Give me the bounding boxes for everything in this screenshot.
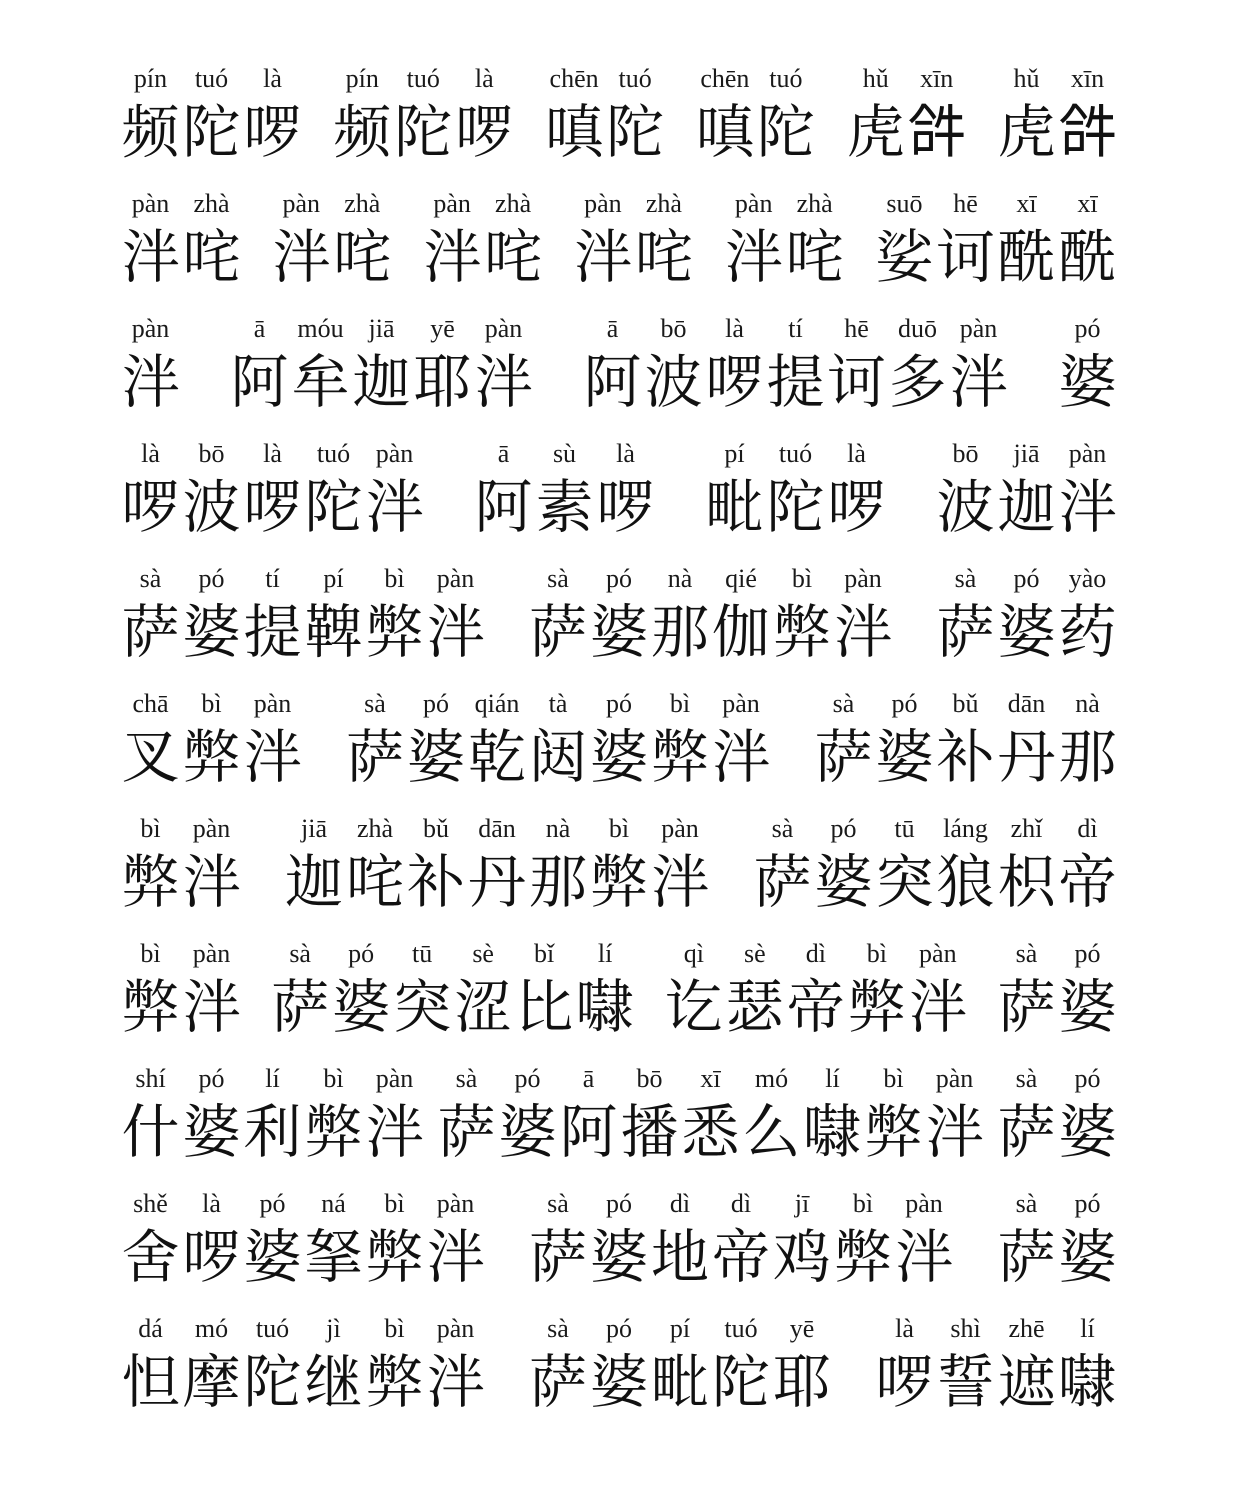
hanzi-char: 啰 [596, 469, 654, 552]
hanzi-char: 弊 [182, 719, 240, 802]
char-unit: bō播 [619, 1052, 680, 1177]
hanzi-char: 弊 [121, 969, 179, 1052]
char-unit: pín频 [332, 52, 393, 177]
char-unit: hē诃 [935, 177, 996, 302]
char-unit: sà萨 [813, 677, 874, 802]
phrase-group: bì弊pàn泮 [120, 802, 242, 927]
hanzi-char: 婆 [590, 594, 648, 677]
char-unit: pó婆 [331, 927, 392, 1052]
phrase-group: sà萨pó婆tū突sè涩bǐ比lí㘑 [270, 927, 636, 1052]
char-unit: pó婆 [181, 1052, 242, 1177]
pinyin-annotation: xī [1016, 177, 1036, 219]
hanzi-char: 啰 [455, 94, 513, 177]
hanzi-char: 帝 [712, 1219, 770, 1302]
pinyin-annotation: pó [1075, 1177, 1101, 1219]
pinyin-annotation: nà [668, 552, 693, 594]
hanzi-char: 陀 [182, 94, 240, 177]
hanzi-char: 泮 [365, 469, 423, 552]
pinyin-annotation: dì [1077, 802, 1097, 844]
pinyin-annotation: sà [1016, 1177, 1038, 1219]
hanzi-char: 嗔 [696, 94, 754, 177]
hanzi-char: 闼 [529, 719, 587, 802]
pinyin-annotation: sà [1016, 1052, 1038, 1094]
hanzi-char: 药 [1058, 594, 1116, 677]
hanzi-char: 弊 [848, 969, 906, 1052]
phrase-group: ā阿bō波là啰tí提hē诃duō多pàn泮 [582, 302, 1009, 427]
phrase-group: sà萨pó婆yào药 [935, 552, 1118, 677]
hanzi-char: 萨 [997, 1219, 1055, 1302]
hanzi-char: 讫 [665, 969, 723, 1052]
phrase-group: pàn泮zhà咤 [120, 177, 242, 302]
char-unit: jì继 [303, 1302, 364, 1427]
hanzi-char: 泮 [423, 219, 481, 302]
phrase-group: sà萨pó婆 [996, 1177, 1118, 1302]
phrase-group: suō娑hē诃xī酰xī酰 [874, 177, 1118, 302]
hanzi-char: 啰 [121, 469, 179, 552]
hanzi-char: 萨 [753, 844, 811, 927]
pinyin-annotation: xīn [1071, 52, 1104, 94]
hanzi-char: 弊 [864, 1094, 922, 1177]
char-unit: tí提 [765, 302, 826, 427]
char-unit: tí提 [242, 552, 303, 677]
text-row-11: dá怛mó摩tuó陀jì继bì弊pàn泮sà萨pó婆pí毗tuó陀yē耶là啰s… [120, 1302, 1118, 1427]
pinyin-annotation: ā [498, 427, 510, 469]
char-unit: dì帝 [1057, 802, 1118, 927]
pinyin-annotation: pàn [905, 1177, 943, 1219]
pinyin-annotation: pàn [735, 177, 773, 219]
pinyin-annotation: hǔ [1013, 52, 1039, 94]
pinyin-annotation: là [895, 1302, 914, 1344]
hanzi-char: 㘑 [576, 969, 634, 1052]
pinyin-annotation: bì [670, 677, 690, 719]
hanzi-char: 嗔 [545, 94, 603, 177]
hanzi-char: 那 [651, 594, 709, 677]
phrase-group: hǔ虎xīn𤙖 [996, 52, 1118, 177]
pinyin-annotation: bì [384, 1177, 404, 1219]
phrase-group: pàn泮zhà咤 [422, 177, 544, 302]
pinyin-annotation: pàn [844, 552, 882, 594]
pinyin-annotation: xī [1077, 177, 1097, 219]
char-unit: pàn泮 [120, 177, 181, 302]
char-unit: xīn𤙖 [1057, 52, 1118, 177]
phrase-group: shí什pó婆lí利bì弊pàn泮 [120, 1052, 425, 1177]
char-unit: pí鞞 [303, 552, 364, 677]
pinyin-annotation: mó [755, 1052, 788, 1094]
char-unit: sù素 [534, 427, 595, 552]
pinyin-annotation: là [141, 427, 160, 469]
char-unit: sà萨 [528, 552, 589, 677]
pinyin-annotation: pó [1075, 1052, 1101, 1094]
hanzi-char: 迦 [285, 844, 343, 927]
pinyin-annotation: hǔ [863, 52, 889, 94]
char-unit: là啰 [826, 427, 887, 552]
char-unit: bì弊 [120, 802, 181, 927]
pinyin-annotation: qián [475, 677, 520, 719]
hanzi-char: 泮 [725, 219, 783, 302]
char-unit: pàn泮 [425, 1302, 486, 1427]
pinyin-annotation: ā [583, 1052, 595, 1094]
pinyin-annotation: ā [607, 302, 619, 344]
char-unit: bì弊 [303, 1052, 364, 1177]
hanzi-char: 那 [529, 844, 587, 927]
phrase-group: pín频tuó陀là啰 [332, 52, 515, 177]
hanzi-char: 咤 [635, 219, 693, 302]
char-unit: yē耶 [772, 1302, 833, 1427]
hanzi-char: 萨 [936, 594, 994, 677]
pinyin-annotation: pó [1074, 927, 1100, 969]
char-unit: lí㘑 [802, 1052, 863, 1177]
char-unit: sà萨 [996, 1177, 1057, 1302]
pinyin-annotation: sà [289, 927, 311, 969]
char-unit: là啰 [704, 302, 765, 427]
hanzi-char: 阿 [230, 344, 288, 427]
char-unit: pàn泮 [907, 927, 968, 1052]
char-unit: lí利 [242, 1052, 303, 1177]
pinyin-annotation: zhē [1008, 1302, 1044, 1344]
char-unit: zhà咤 [483, 177, 544, 302]
hanzi-char: 利 [243, 1094, 301, 1177]
pinyin-annotation: nà [1075, 677, 1100, 719]
phrase-group: là啰bō波là啰tuó陀pàn泮 [120, 427, 425, 552]
text-row-10: shě舍là啰pó婆ná拏bì弊pàn泮sà萨pó婆dì地dì帝jī鸡bì弊pà… [120, 1177, 1118, 1302]
pinyin-annotation: tà [549, 677, 568, 719]
hanzi-char: 啰 [875, 1344, 933, 1427]
hanzi-char: 虎 [997, 94, 1055, 177]
phrase-group: chēn嗔tuó陀 [544, 52, 666, 177]
pinyin-annotation: tí [265, 552, 279, 594]
hanzi-char: 提 [766, 344, 824, 427]
pinyin-annotation: pó [199, 552, 225, 594]
hanzi-char: 泮 [121, 219, 179, 302]
pinyin-annotation: pàn [1069, 427, 1107, 469]
pinyin-annotation: sà [140, 552, 162, 594]
char-unit: móu牟 [290, 302, 351, 427]
pinyin-annotation: bì [883, 1052, 903, 1094]
pinyin-annotation: pàn [437, 1177, 475, 1219]
hanzi-char: 毗 [705, 469, 763, 552]
pinyin-annotation: sà [547, 1302, 569, 1344]
pinyin-annotation: jī [795, 1177, 809, 1219]
char-unit: bō波 [935, 427, 996, 552]
hanzi-char: 突 [393, 969, 451, 1052]
pinyin-annotation: lí [598, 927, 612, 969]
hanzi-char: 叉 [121, 719, 179, 802]
pinyin-annotation: pó [260, 1177, 286, 1219]
pinyin-annotation: pó [892, 677, 918, 719]
pinyin-annotation: yē [430, 302, 455, 344]
pinyin-annotation: tuó [769, 52, 802, 94]
pinyin-annotation: tuó [195, 52, 228, 94]
phrase-group: sà萨pó婆dì地dì帝jī鸡bì弊pàn泮 [528, 1177, 955, 1302]
hanzi-char: 帝 [1058, 844, 1116, 927]
pinyin-annotation: tí [788, 302, 802, 344]
text-row-8: bì弊pàn泮sà萨pó婆tū突sè涩bǐ比lí㘑qì讫sè瑟dì帝bì弊pàn… [120, 927, 1118, 1052]
pinyin-annotation: xī [700, 1052, 720, 1094]
hanzi-char: 泮 [1058, 469, 1116, 552]
hanzi-char: 陀 [606, 94, 664, 177]
hanzi-char: 频 [333, 94, 391, 177]
pinyin-annotation: nà [546, 802, 571, 844]
pinyin-annotation: pàn [132, 177, 170, 219]
char-unit: pàn泮 [425, 1177, 486, 1302]
pinyin-annotation: pó [423, 677, 449, 719]
hanzi-char: 泮 [949, 344, 1007, 427]
pinyin-annotation: jiā [369, 302, 395, 344]
char-unit: zhà咤 [332, 177, 393, 302]
hanzi-char: 瑟 [726, 969, 784, 1052]
pinyin-annotation: pó [606, 552, 632, 594]
pinyin-annotation: là [847, 427, 866, 469]
char-unit: pàn泮 [271, 177, 332, 302]
hanzi-char: 陀 [243, 1344, 301, 1427]
hanzi-char: 咤 [333, 219, 391, 302]
pinyin-annotation: tuó [618, 52, 651, 94]
hanzi-char: 帝 [787, 969, 845, 1052]
phrase-group: sà萨pó婆qián乾tà闼pó婆bì弊pàn泮 [345, 677, 772, 802]
hanzi-char: 舍 [121, 1219, 179, 1302]
char-unit: zhē遮 [996, 1302, 1057, 1427]
pinyin-annotation: jì [326, 1302, 340, 1344]
char-unit: pàn泮 [422, 177, 483, 302]
hanzi-char: 泮 [909, 969, 967, 1052]
hanzi-char: 萨 [529, 594, 587, 677]
phrase-group: sà萨pó婆 [996, 1052, 1118, 1177]
phrase-group: pàn泮 [120, 302, 181, 427]
hanzi-char: 婆 [1058, 1094, 1116, 1177]
pinyin-annotation: láng [943, 802, 988, 844]
hanzi-char: 波 [644, 344, 702, 427]
char-unit: pó婆 [874, 677, 935, 802]
char-unit: dān丹 [996, 677, 1057, 802]
pinyin-annotation: pàn [960, 302, 998, 344]
hanzi-char: 婆 [332, 969, 390, 1052]
hanzi-char: 泮 [895, 1219, 953, 1302]
hanzi-char: 婆 [182, 1094, 240, 1177]
hanzi-char: 泮 [426, 1219, 484, 1302]
phrase-group: sà萨pó婆ā阿bō播xī悉mó么lí㘑bì弊pàn泮 [436, 1052, 985, 1177]
char-unit: chēn嗔 [544, 52, 605, 177]
char-unit: qì讫 [663, 927, 724, 1052]
pinyin-annotation: bì [323, 1052, 343, 1094]
hanzi-char: 泮 [365, 1094, 423, 1177]
pinyin-annotation: dān [478, 802, 516, 844]
char-unit: sà萨 [935, 552, 996, 677]
char-unit: hǔ虎 [996, 52, 1057, 177]
pinyin-annotation: chēn [550, 52, 599, 94]
pinyin-annotation: ā [254, 302, 266, 344]
hanzi-char: 弊 [651, 719, 709, 802]
char-unit: bō波 [643, 302, 704, 427]
pinyin-annotation: bō [637, 1052, 663, 1094]
char-unit: pó婆 [1057, 1177, 1118, 1302]
pinyin-annotation: pàn [661, 802, 699, 844]
char-unit: bì弊 [863, 1052, 924, 1177]
hanzi-char: 补 [936, 719, 994, 802]
char-unit: tuó陀 [181, 52, 242, 177]
hanzi-char: 陀 [712, 1344, 770, 1427]
hanzi-char: 萨 [529, 1219, 587, 1302]
hanzi-char: 频 [121, 94, 179, 177]
phrase-group: bō波jiā迦pàn泮 [935, 427, 1118, 552]
char-unit: pàn泮 [242, 677, 303, 802]
text-row-5: sà萨pó婆tí提pí鞞bì弊pàn泮sà萨pó婆nà那qié伽bì弊pàn泮s… [120, 552, 1118, 677]
pinyin-annotation: yē [790, 1302, 815, 1344]
char-unit: nà那 [650, 552, 711, 677]
hanzi-char: 誓 [936, 1344, 994, 1427]
pinyin-annotation: pí [670, 1302, 690, 1344]
char-unit: pó婆 [589, 1302, 650, 1427]
char-unit: qián乾 [467, 677, 528, 802]
pinyin-annotation: sà [955, 552, 977, 594]
hanzi-char: 婆 [243, 1219, 301, 1302]
char-unit: sà萨 [345, 677, 406, 802]
char-unit: bì弊 [120, 927, 181, 1052]
pinyin-annotation: chā [132, 677, 168, 719]
pinyin-annotation: pàn [722, 677, 760, 719]
char-unit: pàn泮 [425, 552, 486, 677]
phrase-group: sà萨pó婆tí提pí鞞bì弊pàn泮 [120, 552, 486, 677]
hanzi-char: 多 [888, 344, 946, 427]
pinyin-annotation: mó [195, 1302, 228, 1344]
pinyin-annotation: sà [772, 802, 794, 844]
char-unit: qié伽 [711, 552, 772, 677]
pinyin-annotation: sè [472, 927, 494, 969]
phrase-group: pàn泮zhà咤 [572, 177, 694, 302]
hanzi-char: 婆 [1058, 969, 1116, 1052]
pinyin-annotation: là [475, 52, 494, 94]
char-unit: sà萨 [752, 802, 813, 927]
char-unit: sè涩 [453, 927, 514, 1052]
pinyin-annotation: sà [547, 1177, 569, 1219]
text-row-1: pín频tuó陀là啰pín频tuó陀là啰chēn嗔tuó陀chēn嗔tuó陀… [120, 52, 1118, 177]
phrase-group: ā阿sù素là啰 [473, 427, 656, 552]
char-unit: xī悉 [680, 1052, 741, 1177]
pinyin-annotation: shì [950, 1302, 980, 1344]
phrase-group: jiā迦zhà咤bǔ补dān丹nà那bì弊pàn泮 [284, 802, 711, 927]
phrase-group: sà萨pó婆pí毗tuó陀yē耶 [528, 1302, 833, 1427]
hanzi-char: 素 [535, 469, 593, 552]
hanzi-char: 泮 [426, 1344, 484, 1427]
hanzi-char: 虎 [847, 94, 905, 177]
phrase-group: sà萨pó婆tū突láng狼zhǐ枳dì帝 [752, 802, 1118, 927]
pinyin-annotation: là [202, 1177, 221, 1219]
hanzi-char: 娑 [875, 219, 933, 302]
hanzi-char: 泮 [574, 219, 632, 302]
hanzi-char: 鸡 [773, 1219, 831, 1302]
char-unit: là啰 [120, 427, 181, 552]
hanzi-char: 耶 [773, 1344, 831, 1427]
char-unit: ná拏 [303, 1177, 364, 1302]
phrase-group: pàn泮zhà咤 [271, 177, 393, 302]
phrase-group: dá怛mó摩tuó陀jì继bì弊pàn泮 [120, 1302, 486, 1427]
text-row-3: pàn泮ā阿móu牟jiā迦yē耶pàn泮ā阿bō波là啰tí提hē诃duō多p… [120, 302, 1118, 427]
char-unit: nà那 [1057, 677, 1118, 802]
hanzi-char: 泮 [474, 344, 532, 427]
char-unit: sà萨 [528, 1177, 589, 1302]
char-unit: jiā迦 [996, 427, 1057, 552]
hanzi-char: 𤙖 [1058, 94, 1116, 177]
pinyin-annotation: sà [1016, 927, 1038, 969]
char-unit: sà萨 [436, 1052, 497, 1177]
phrase-group: ā阿móu牟jiā迦yē耶pàn泮 [229, 302, 534, 427]
char-unit: pó婆 [589, 677, 650, 802]
hanzi-char: 拏 [304, 1219, 362, 1302]
char-unit: pó婆 [589, 1177, 650, 1302]
char-unit: pó婆 [497, 1052, 558, 1177]
pinyin-annotation: tuó [256, 1302, 289, 1344]
pinyin-annotation: bì [140, 927, 160, 969]
pinyin-annotation: pín [134, 52, 167, 94]
hanzi-char: 弊 [365, 1219, 423, 1302]
hanzi-char: 酰 [997, 219, 1055, 302]
pinyin-annotation: tū [894, 802, 914, 844]
text-row-4: là啰bō波là啰tuó陀pàn泮ā阿sù素là啰pí毗tuó陀là啰bō波ji… [120, 427, 1118, 552]
hanzi-char: 㘑 [803, 1094, 861, 1177]
char-unit: pó婆 [996, 552, 1057, 677]
pinyin-annotation: dì [731, 1177, 751, 1219]
hanzi-char: 咤 [182, 219, 240, 302]
char-unit: bǔ补 [935, 677, 996, 802]
hanzi-char: 啰 [243, 94, 301, 177]
pinyin-annotation: pó [348, 927, 374, 969]
char-unit: zhà咤 [181, 177, 242, 302]
char-unit: ā阿 [229, 302, 290, 427]
phrase-group: qì讫sè瑟dì帝bì弊pàn泮 [663, 927, 968, 1052]
char-unit: pó婆 [1057, 302, 1118, 427]
char-unit: bì弊 [589, 802, 650, 927]
pinyin-annotation: zhà [495, 177, 531, 219]
char-unit: duō多 [887, 302, 948, 427]
char-unit: là啰 [595, 427, 656, 552]
char-unit: pàn泮 [181, 802, 242, 927]
pinyin-annotation: pó [515, 1052, 541, 1094]
pinyin-annotation: là [263, 52, 282, 94]
pinyin-annotation: shě [133, 1177, 168, 1219]
char-unit: tà闼 [528, 677, 589, 802]
phrase-group: pó婆 [1057, 302, 1118, 427]
pinyin-annotation: pàn [376, 427, 414, 469]
hanzi-char: 陀 [766, 469, 824, 552]
pinyin-annotation: tū [412, 927, 432, 969]
char-unit: là啰 [242, 52, 303, 177]
hanzi-char: 阿 [559, 1094, 617, 1177]
char-unit: pàn泮 [723, 177, 784, 302]
char-unit: bì弊 [833, 1177, 894, 1302]
hanzi-char: 弊 [590, 844, 648, 927]
pinyin-annotation: pàn [584, 177, 622, 219]
char-unit: xīn𤙖 [906, 52, 967, 177]
pinyin-annotation: tuó [724, 1302, 757, 1344]
hanzi-char: 什 [121, 1094, 179, 1177]
hanzi-char: 遮 [997, 1344, 1055, 1427]
phrase-group: hǔ虎xīn𤙖 [845, 52, 967, 177]
char-unit: bǐ比 [514, 927, 575, 1052]
char-unit: pó婆 [181, 552, 242, 677]
char-unit: jiā迦 [284, 802, 345, 927]
hanzi-char: 啰 [182, 1219, 240, 1302]
hanzi-char: 悉 [681, 1094, 739, 1177]
hanzi-char: 诃 [936, 219, 994, 302]
hanzi-char: 婆 [997, 594, 1055, 677]
pinyin-annotation: sà [364, 677, 386, 719]
pinyin-annotation: pàn [376, 1052, 414, 1094]
char-unit: dì帝 [711, 1177, 772, 1302]
pinyin-annotation: zhà [357, 802, 393, 844]
hanzi-char: 婆 [814, 844, 872, 927]
char-unit: xī酰 [996, 177, 1057, 302]
text-row-2: pàn泮zhà咤pàn泮zhà咤pàn泮zhà咤pàn泮zhà咤pàn泮zhà咤… [120, 177, 1118, 302]
char-unit: bì弊 [364, 552, 425, 677]
